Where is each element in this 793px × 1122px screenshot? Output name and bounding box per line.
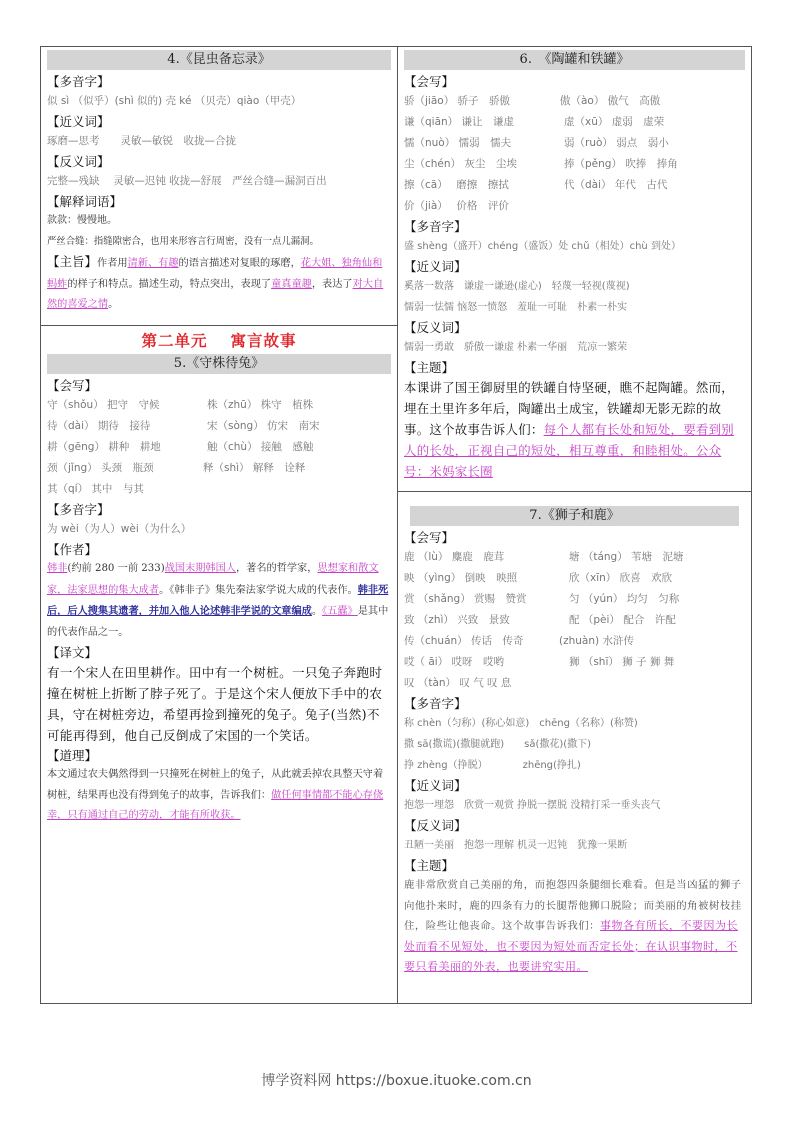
write-row: 谦（qiān） 谦让 谦虚虚（xū） 虚弱 虚荣 (404, 112, 745, 133)
lesson6-polyphone: 盛 shèng（盛开）chéng（盛饭）处 chǔ（相处）chù 到处） (404, 236, 745, 257)
lesson6-theme: 本课讲了国王御厨里的铁罐自恃坚硬，瞧不起陶罐。然而，埋在土里许多年后，陶罐出土成… (404, 377, 745, 482)
unit-title: 第二单元 寓言故事 (47, 326, 391, 354)
lesson5-translation-heading: 【译文】 (47, 643, 391, 662)
lesson5-moral-heading: 【道理】 (47, 746, 391, 765)
lesson7-title: 7.《狮子和鹿》 (410, 506, 739, 526)
lesson7-polyphone-3: 挣 zhèng（挣脱） zhēng(挣扎) (404, 755, 745, 776)
lesson6-title: 6. 《陶罐和铁罐》 (404, 50, 745, 70)
lesson5-polyphone-heading: 【多音字】 (47, 500, 391, 519)
lesson6-synonyms-heading: 【近义词】 (404, 257, 745, 276)
write-row: 擦（cā） 磨擦 擦拭代（dài） 年代 古代 (404, 175, 745, 196)
lesson6-antonyms: 懦弱一勇敢 骄傲一谦虚 朴素一华丽 荒凉一繁荣 (404, 337, 745, 358)
lesson7-synonyms: 抱怨一埋怨 欣赏一观赏 挣脱一摆脱 没精打采一垂头丧气 (404, 795, 745, 816)
write-row: 鹿 （lù） 麋鹿 鹿茸塘 （táng） 苇塘 泥塘 (404, 547, 745, 568)
lesson4-antonyms: 完整—残缺 灵敏—迟钝 收拢—舒展 严丝合缝—漏洞百出 (47, 171, 391, 192)
lesson4-explain-2: 严丝合缝：指缝隙密合，也用来形容言行周密，没有一点儿漏洞。 (47, 232, 391, 253)
write-row: 守（shǒu） 把守 守候株（zhū） 株守 植株 (47, 395, 391, 416)
write-row: 其（qí） 其中 与其 (47, 479, 391, 500)
write-row: 致 （zhì） 兴致 景致配 （pèi） 配合 许配 (404, 610, 745, 631)
lesson6-polyphone-heading: 【多音字】 (404, 217, 745, 236)
lesson7-polyphone-2: 撒 sā(撒谎)(撒腿就跑) sǎ(撒花)(撒下) (404, 734, 745, 755)
lesson4-explain-heading: 【解释词语】 (47, 192, 391, 211)
footer-watermark: 博学资料网 https://boxue.ituoke.com.cn (0, 1070, 793, 1090)
lesson6-synonyms-2: 懦弱一怯懦 恼怒一愤怒 羞耻一可耻 朴素一朴实 (404, 297, 745, 318)
write-row: 价（jià） 价格 评价 (404, 196, 745, 217)
lesson6-synonyms-1: 奚落一数落 谦虚一谦逊(虚心) 轻蔑一轻视(蔑视) (404, 276, 745, 297)
write-row: 懦（nuò） 懦弱 懦夫弱（ruò） 弱点 弱小 (404, 133, 745, 154)
lesson4-synonyms-heading: 【近义词】 (47, 112, 391, 131)
lesson7-antonyms-heading: 【反义词】 (404, 816, 745, 835)
write-row: 传（chuán） 传话 传奇(zhuàn) 水浒传 (404, 631, 745, 652)
write-row: 映 （yìng） 倒映 映照欣（xīn） 欣喜 欢欣 (404, 568, 745, 589)
lesson7-theme-heading: 【主题】 (404, 856, 745, 875)
write-row: 颈（jǐng） 头颈 瓶颈释（shì） 解释 诠释 (47, 458, 391, 479)
lesson6-write-list: 骄（jiāo） 骄子 骄傲傲（ào） 傲气 高傲 谦（qiān） 谦让 谦虚虚（… (404, 91, 745, 217)
lesson7-antonyms: 丑陋一美丽 抱怨一理解 机灵一迟钝 犹豫一果断 (404, 835, 745, 856)
lesson4-antonyms-heading: 【反义词】 (47, 152, 391, 171)
lesson5-title: 5.《守株待兔》 (47, 354, 391, 374)
lesson4-explain-1: 款款：慢慢地。 (47, 211, 391, 232)
lesson7-polyphone-1: 称 chèn（匀称）(称心如意) chēng（名称）(称赞) (404, 713, 745, 734)
write-row: 待（dài） 期待 接待宋（sòng） 仿宋 南宋 (47, 416, 391, 437)
lesson6-section: 6. 《陶罐和铁罐》 【会写】 骄（jiāo） 骄子 骄傲傲（ào） 傲气 高傲… (398, 47, 751, 491)
lesson6-write-heading: 【会写】 (404, 72, 745, 91)
lesson5-author-heading: 【作者】 (47, 540, 391, 559)
lesson5-write-list: 守（shǒu） 把守 守候株（zhū） 株守 植株 待（dài） 期待 接待宋（… (47, 395, 391, 500)
left-column: 4.《昆虫备忘录》 【多音字】 似 sì （似乎）(shì 似的) 壳 ké （… (41, 47, 398, 1003)
right-column: 6. 《陶罐和铁罐》 【会写】 骄（jiāo） 骄子 骄傲傲（ào） 傲气 高傲… (398, 47, 751, 1003)
lesson7-synonyms-heading: 【近义词】 (404, 776, 745, 795)
lesson4-section: 4.《昆虫备忘录》 【多音字】 似 sì （似乎）(shì 似的) 壳 ké （… (41, 47, 397, 325)
lesson5-polyphone: 为 wèi（为人）wèi（为什么） (47, 519, 391, 540)
lesson6-antonyms-heading: 【反义词】 (404, 318, 745, 337)
write-row: 赏 （shǎng） 赏赐 赞赏匀 （yún） 均匀 匀称 (404, 589, 745, 610)
lesson4-title: 4.《昆虫备忘录》 (47, 50, 391, 70)
lesson7-write-heading: 【会写】 (404, 528, 745, 547)
lesson5-moral: 本文通过农夫偶然得到一只撞死在树桩上的兔子，从此就丢掉农具整天守着树桩，结果再也… (47, 765, 391, 827)
lesson5-section: 第二单元 寓言故事 5.《守株待兔》 【会写】 守（shǒu） 把守 守候株（z… (41, 325, 397, 1003)
lesson5-translation: 有一个宋人在田里耕作。田中有一个树桩。一只兔子奔跑时撞在树桩上折断了脖子死了。于… (47, 662, 391, 746)
notes-table: 4.《昆虫备忘录》 【多音字】 似 sì （似乎）(shì 似的) 壳 ké （… (40, 46, 752, 1004)
lesson4-polyphone: 似 sì （似乎）(shì 似的) 壳 ké （贝壳）qiào（甲壳） (47, 91, 391, 112)
highlight: 童真童趣 (271, 279, 312, 290)
lesson4-polyphone-heading: 【多音字】 (47, 72, 391, 91)
lesson4-synonyms: 琢磨—思考 灵敏—敏锐 收拢—合拢 (47, 131, 391, 152)
lesson7-theme: 鹿非常欣赏自己美丽的角，而抱怨四条腿细长难看。但是当凶猛的狮子向他扑来时，鹿的四… (404, 875, 745, 978)
write-row: 叹 （tàn） 叹 气 叹 息 (404, 673, 745, 694)
lesson7-write-list: 鹿 （lù） 麋鹿 鹿茸塘 （táng） 苇塘 泥塘 映 （yìng） 倒映 映… (404, 547, 745, 694)
write-row: 尘（chén） 灰尘 尘埃捧（pěng） 吹捧 捧角 (404, 154, 745, 175)
lesson4-theme: 【主旨】作者用清新、有趣的语言描述对复眼的琢磨，花大姐、独角仙和蚂蚱的样子和特点… (47, 252, 391, 316)
write-row: 骄（jiāo） 骄子 骄傲傲（ào） 傲气 高傲 (404, 91, 745, 112)
highlight: 清新、有趣 (128, 258, 179, 269)
write-row: 哎（ āi） 哎呀 哎哟狮 （shī） 狮 子 狮 舞 (404, 652, 745, 673)
lesson5-write-heading: 【会写】 (47, 376, 391, 395)
lesson7-section: 7.《狮子和鹿》 【会写】 鹿 （lù） 麋鹿 鹿茸塘 （táng） 苇塘 泥塘… (398, 491, 751, 1003)
lesson5-author: 韩非(约前 280 一前 233)战国末期韩国人，著名的哲学家，思想家和散文家，… (47, 559, 391, 643)
write-row: 耕（gēng） 耕种 耕地触（chù） 接触 感触 (47, 437, 391, 458)
lesson6-theme-heading: 【主题】 (404, 358, 745, 377)
lesson4-theme-heading: 【主旨】 (47, 254, 97, 269)
lesson7-polyphone-heading: 【多音字】 (404, 694, 745, 713)
